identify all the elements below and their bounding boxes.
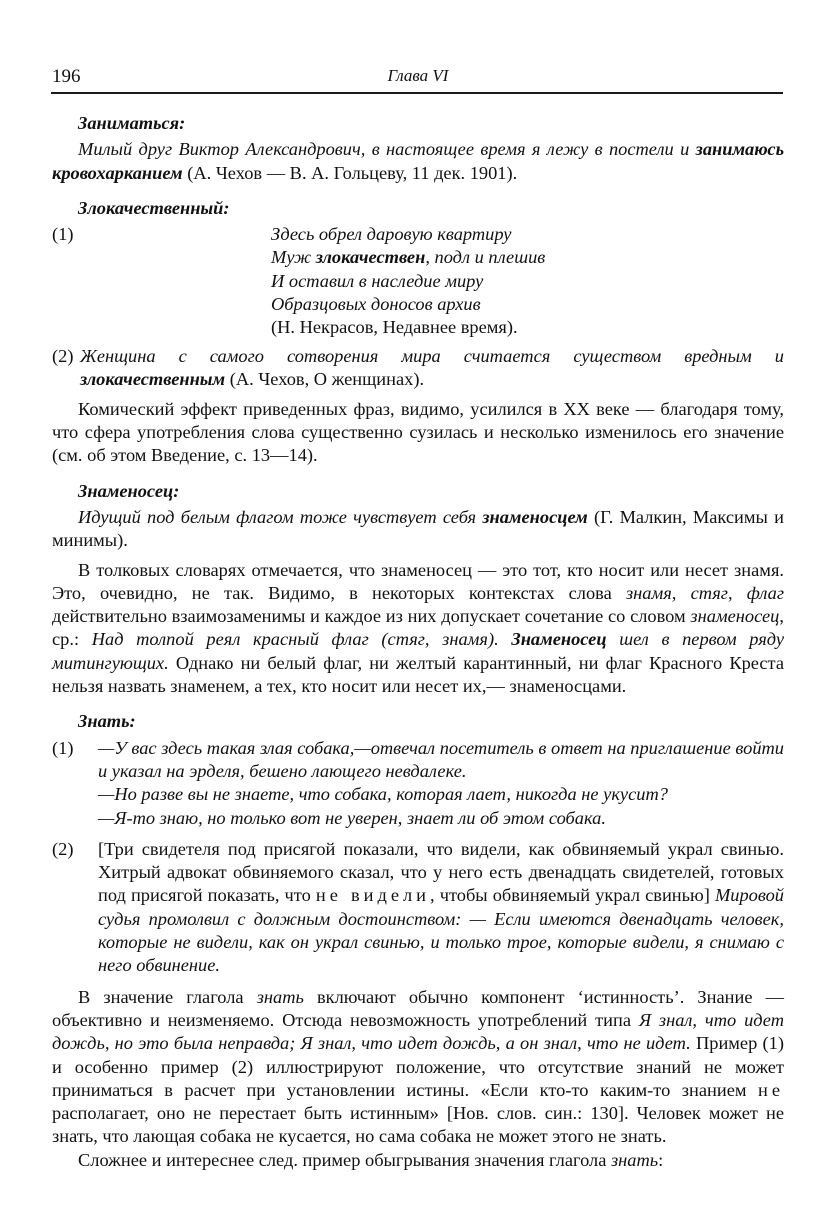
example-2: (2) [Три свидетеля под присягой показали… [52,838,784,978]
page-body: Заниматься: Милый друг Виктор Александро… [52,112,784,1172]
entry-term: Заниматься: [78,112,784,135]
example-number: (1) [52,223,73,246]
commentary: В толковых словарях отмечается, что знам… [52,559,784,699]
example-quote: Идущий под белым флагом тоже чувствует с… [52,506,784,553]
poem-lines: Здесь обрел даровую квартиру Муж злокаче… [271,223,545,339]
entry-term: Злокачественный: [78,197,784,220]
entry-term: Знать: [78,710,784,733]
commentary: В значение глагола знать включают обычно… [52,986,784,1149]
running-head: 196 Глава VI [52,66,784,90]
commentary: Комический эффект приведенных фраз, види… [52,398,784,468]
example-poem: (1) Здесь обрел даровую квартиру Муж зло… [52,223,784,341]
example-1: (1) —У вас здесь такая злая собака,—отве… [52,737,784,830]
example-quote: Милый друг Виктор Александрович, в насто… [52,138,784,185]
header-rule [51,92,783,94]
dialogue: —У вас здесь такая злая собака,—отвечал … [98,737,784,830]
example-2: (2)Женщина с самого сотворения мира счит… [52,345,784,392]
entry-term: Знаменосец: [78,480,784,503]
chapter-title: Глава VI [52,66,784,86]
closing-paragraph: Сложнее и интереснее след. пример обыгры… [52,1149,784,1172]
